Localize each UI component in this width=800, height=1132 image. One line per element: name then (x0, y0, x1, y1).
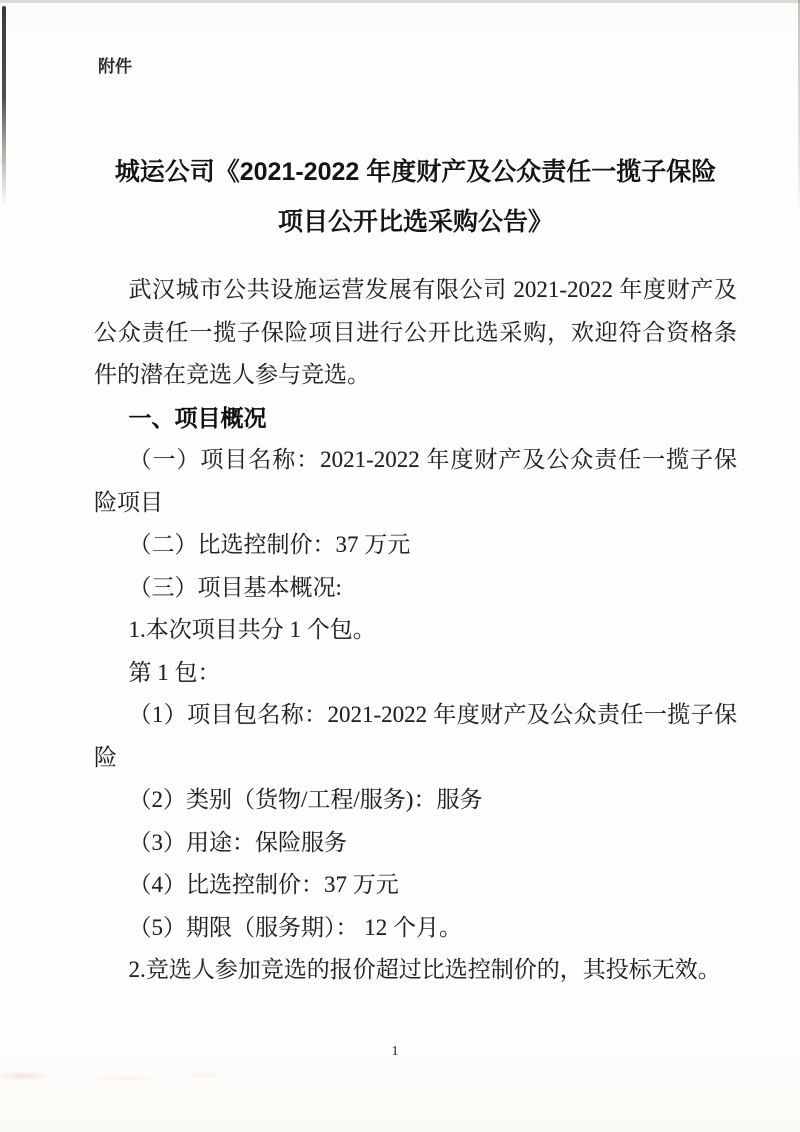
document-body: 武汉城市公共设施运营发展有限公司 2021-2022 年度财产及公众责任一揽子保… (94, 269, 737, 992)
paragraph-package-category: （2）类别（货物/工程/服务)：服务 (94, 779, 737, 822)
paragraph-package-1-label: 第 1 包： (94, 652, 737, 695)
document-title-line-1: 城运公司《2021-2022 年度财产及公众责任一揽子保险 (94, 147, 737, 197)
scanned-document-page: 附件 城运公司《2021-2022 年度财产及公众责任一揽子保险 项目公开比选采… (0, 0, 800, 1132)
paragraph-project-name: （一）项目名称：2021-2022 年度财产及公众责任一揽子保险项目 (94, 439, 737, 524)
document-content: 附件 城运公司《2021-2022 年度财产及公众责任一揽子保险 项目公开比选采… (94, 0, 737, 992)
scan-artifact-bottom-smudge (0, 1066, 280, 1090)
paragraph-invalid-bid-rule: 2.竞选人参加竞选的报价超过比选控制价的，其投标无效。 (94, 949, 737, 992)
paragraph-control-price: （二）比选控制价：37 万元 (94, 524, 737, 567)
scan-artifact-left-speck (0, 146, 10, 172)
paragraph-basic-overview: （三）项目基本概况: (94, 567, 737, 610)
paragraph-package-term: （5）期限（服务期）： 12 个月。 (94, 907, 737, 950)
paragraph-package-control-price: （4）比选控制价：37 万元 (94, 864, 737, 907)
paragraph-package-purpose: （3）用途：保险服务 (94, 822, 737, 865)
page-number: 1 (0, 1044, 790, 1060)
paragraph-package-count: 1.本次项目共分 1 个包。 (94, 609, 737, 652)
document-title-line-2: 项目公开比选采购公告》 (94, 197, 737, 247)
section-heading-project-overview: 一、项目概况 (94, 397, 737, 440)
attachment-label: 附件 (98, 52, 737, 77)
paragraph-intro: 武汉城市公共设施运营发展有限公司 2021-2022 年度财产及公众责任一揽子保… (94, 269, 737, 397)
paragraph-package-name: （1）项目包名称：2021-2022 年度财产及公众责任一揽子保险 (94, 694, 737, 779)
document-title: 城运公司《2021-2022 年度财产及公众责任一揽子保险 项目公开比选采购公告… (94, 147, 737, 247)
scan-artifact-left-edge (2, 6, 6, 206)
